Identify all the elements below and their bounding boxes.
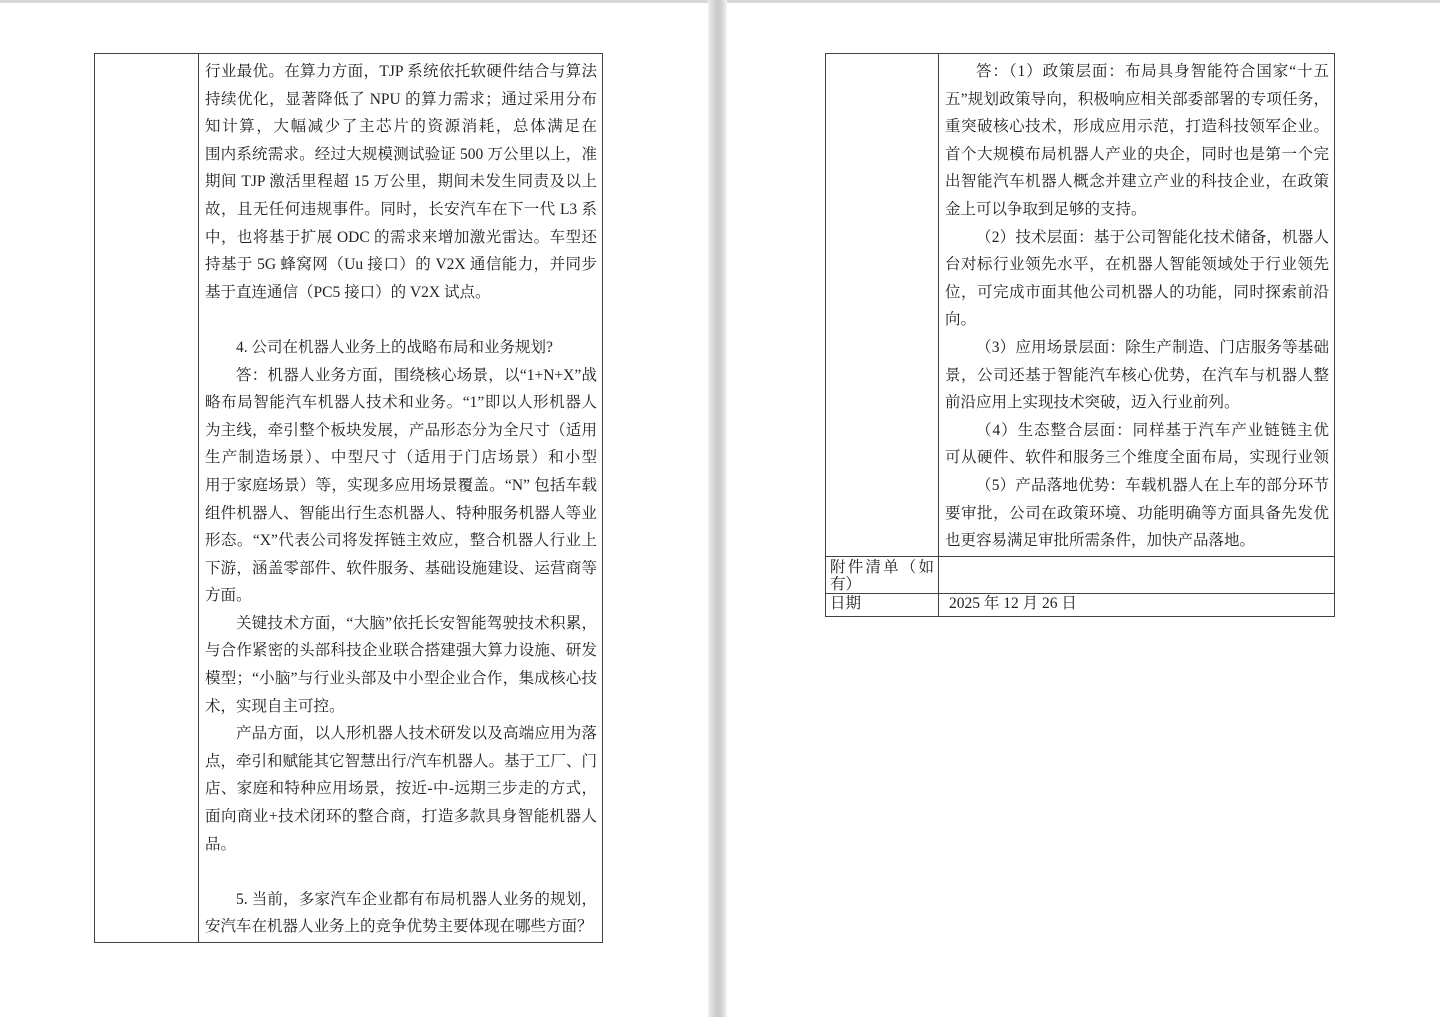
left-page-label-column-cell — [95, 54, 199, 942]
text-line: 安汽车在机器人业务上的竞争优势主要体现在哪些方面？ — [205, 913, 597, 941]
text-line: 与合作紧密的头部科技企业联合搭建强大算力设施、研发大 — [205, 637, 597, 665]
text-line — [205, 306, 597, 334]
page-divider-scrollbar[interactable] — [708, 0, 727, 1017]
text-line: 金上可以争取到足够的支持。 — [945, 196, 1329, 224]
text-line: 前沿应用上实现技术突破，迈入行业前列。 — [945, 389, 1329, 417]
text-line: 向。 — [945, 306, 1329, 334]
text-line: 方面。 — [205, 582, 597, 610]
text-line: 可从硬件、软件和服务三个维度全面布局，实现行业领先。 — [945, 444, 1329, 472]
text-line: 组件机器人、智能出行生态机器人、特种服务机器人等业务 — [205, 500, 597, 528]
text-line: 中，也将基于扩展 ODC 的需求来增加激光雷达。车型还将支 — [205, 224, 597, 252]
text-line: 产品方面，以人形机器人技术研发以及高端应用为落脚 — [205, 720, 597, 748]
text-line: 重突破核心技术，形成应用示范，打造科技领军企业。作为 — [945, 113, 1329, 141]
text-line: 品。 — [205, 831, 597, 859]
text-line: 五”规划政策导向，积极响应相关部委部署的专项任务，着 — [945, 86, 1329, 114]
date-row: 日期 2025 年 12 月 26 日 — [826, 594, 1334, 616]
text-line: 形态。“X”代表公司将发挥链主效应，整合机器人行业上 — [205, 527, 597, 555]
text-line: 景，公司还基于智能汽车核心优势，在汽车与机器人整合及 — [945, 362, 1329, 390]
text-line: 答：机器人业务方面，围绕核心场景，以“1+N+X”战 — [205, 362, 597, 390]
text-line: 生产制造场景）、中型尺寸（适用于门店场景）和小型（适 — [205, 444, 597, 472]
attachment-value-cell — [939, 557, 1334, 593]
text-line: 略布局智能汽车机器人技术和业务。“1”即以人形机器人 — [205, 389, 597, 417]
text-line: 位，可完成市面其他公司机器人的功能，同时探索前沿方 — [945, 279, 1329, 307]
text-line: 点，牵引和赋能其它智慧出行/汽车机器人。基于工厂、门 — [205, 748, 597, 776]
date-label-cell: 日期 — [826, 594, 939, 616]
text-line: 知计算，大幅减少了主芯片的资源消耗，总体满足在 ODC 范 — [205, 113, 597, 141]
text-line: 行业最优。在算力方面，TJP 系统依托软硬件结合与算法的 — [205, 58, 597, 86]
text-line: 术，实现自主可控。 — [205, 693, 597, 721]
text-line: 基于直连通信（PC5 接口）的 V2X 试点。 — [205, 279, 597, 307]
text-line — [205, 858, 597, 886]
date-value-cell: 2025 年 12 月 26 日 — [939, 594, 1334, 616]
text-line: （2）技术层面：基于公司智能化技术储备，机器人平 — [945, 224, 1329, 252]
right-page-label-column-cell — [826, 54, 939, 556]
right-page-content-cell: 答：（1）政策层面：布局具身智能符合国家“十五五”规划政策导向，积极响应相关部委… — [939, 54, 1334, 556]
text-line: 答：（1）政策层面：布局具身智能符合国家“十五 — [945, 58, 1329, 86]
text-line: （5）产品落地优势：车载机器人在上车的部分环节需 — [945, 472, 1329, 500]
text-line: 为主线，牵引整个板块发展，产品形态分为全尺寸（适用于 — [205, 417, 597, 445]
text-line: 首个大规模布局机器人产业的央企，同时也是第一个完整提 — [945, 141, 1329, 169]
right-page-table: 答：（1）政策层面：布局具身智能符合国家“十五五”规划政策导向，积极响应相关部委… — [825, 53, 1335, 617]
text-line: 故，且无任何违规事件。同时，长安汽车在下一代 L3 系统 — [205, 196, 597, 224]
text-line: 期间 TJP 激活里程超 15 万公里，期间未发生同责及以上事 — [205, 168, 597, 196]
text-line: 围内系统需求。经过大规模测试验证 500 万公里以上，准入 — [205, 141, 597, 169]
text-line: 下游，涵盖零部件、软件服务、基础设施建设、运营商等多 — [205, 555, 597, 583]
attachment-label-cell: 附件清单（如有） — [826, 557, 939, 593]
text-line: 出智能汽车机器人概念并建立产业的科技企业，在政策和资 — [945, 168, 1329, 196]
right-page-main-row: 答：（1）政策层面：布局具身智能符合国家“十五五”规划政策导向，积极响应相关部委… — [826, 54, 1334, 557]
attachment-row: 附件清单（如有） — [826, 557, 1334, 594]
document-viewer: 行业最优。在算力方面，TJP 系统依托软硬件结合与算法的持续优化，显著降低了 N… — [0, 0, 1440, 1017]
left-page-table: 行业最优。在算力方面，TJP 系统依托软硬件结合与算法的持续优化，显著降低了 N… — [94, 53, 603, 943]
text-line: 4. 公司在机器人业务上的战略布局和业务规划? — [205, 334, 597, 362]
text-line: 5. 当前，多家汽车企业都有布局机器人业务的规划，长 — [205, 886, 597, 914]
text-line: 持续优化，显著降低了 NPU 的算力需求；通过采用分布式感 — [205, 86, 597, 114]
text-line: 面向商业+技术闭环的整合商，打造多款具身智能机器人产 — [205, 803, 597, 831]
text-line: 模型；“小脑”与行业头部及中小型企业合作，集成核心技 — [205, 665, 597, 693]
text-line: （4）生态整合层面：同样基于汽车产业链链主优势， — [945, 417, 1329, 445]
text-line: 关键技术方面，“大脑”依托长安智能驾驶技术积累， — [205, 610, 597, 638]
left-page-content-cell: 行业最优。在算力方面，TJP 系统依托软硬件结合与算法的持续优化，显著降低了 N… — [199, 54, 602, 942]
text-line: 用于家庭场景）等，实现多应用场景覆盖。“N” 包括车载 — [205, 472, 597, 500]
text-line: 店、家庭和特种应用场景，按近-中-远期三步走的方式，做 — [205, 775, 597, 803]
text-line: 要审批，公司在政策环境、功能明确等方面具备先发优势， — [945, 500, 1329, 528]
text-line: 持基于 5G 蜂窝网（Uu 接口）的 V2X 通信能力，并同步推进 — [205, 251, 597, 279]
text-line: 也更容易满足审批所需条件，加快产品落地。 — [945, 527, 1329, 555]
text-line: 台对标行业领先水平，在机器人智能领域处于行业领先地 — [945, 251, 1329, 279]
text-line: （3）应用场景层面：除生产制造、门店服务等基础场 — [945, 334, 1329, 362]
